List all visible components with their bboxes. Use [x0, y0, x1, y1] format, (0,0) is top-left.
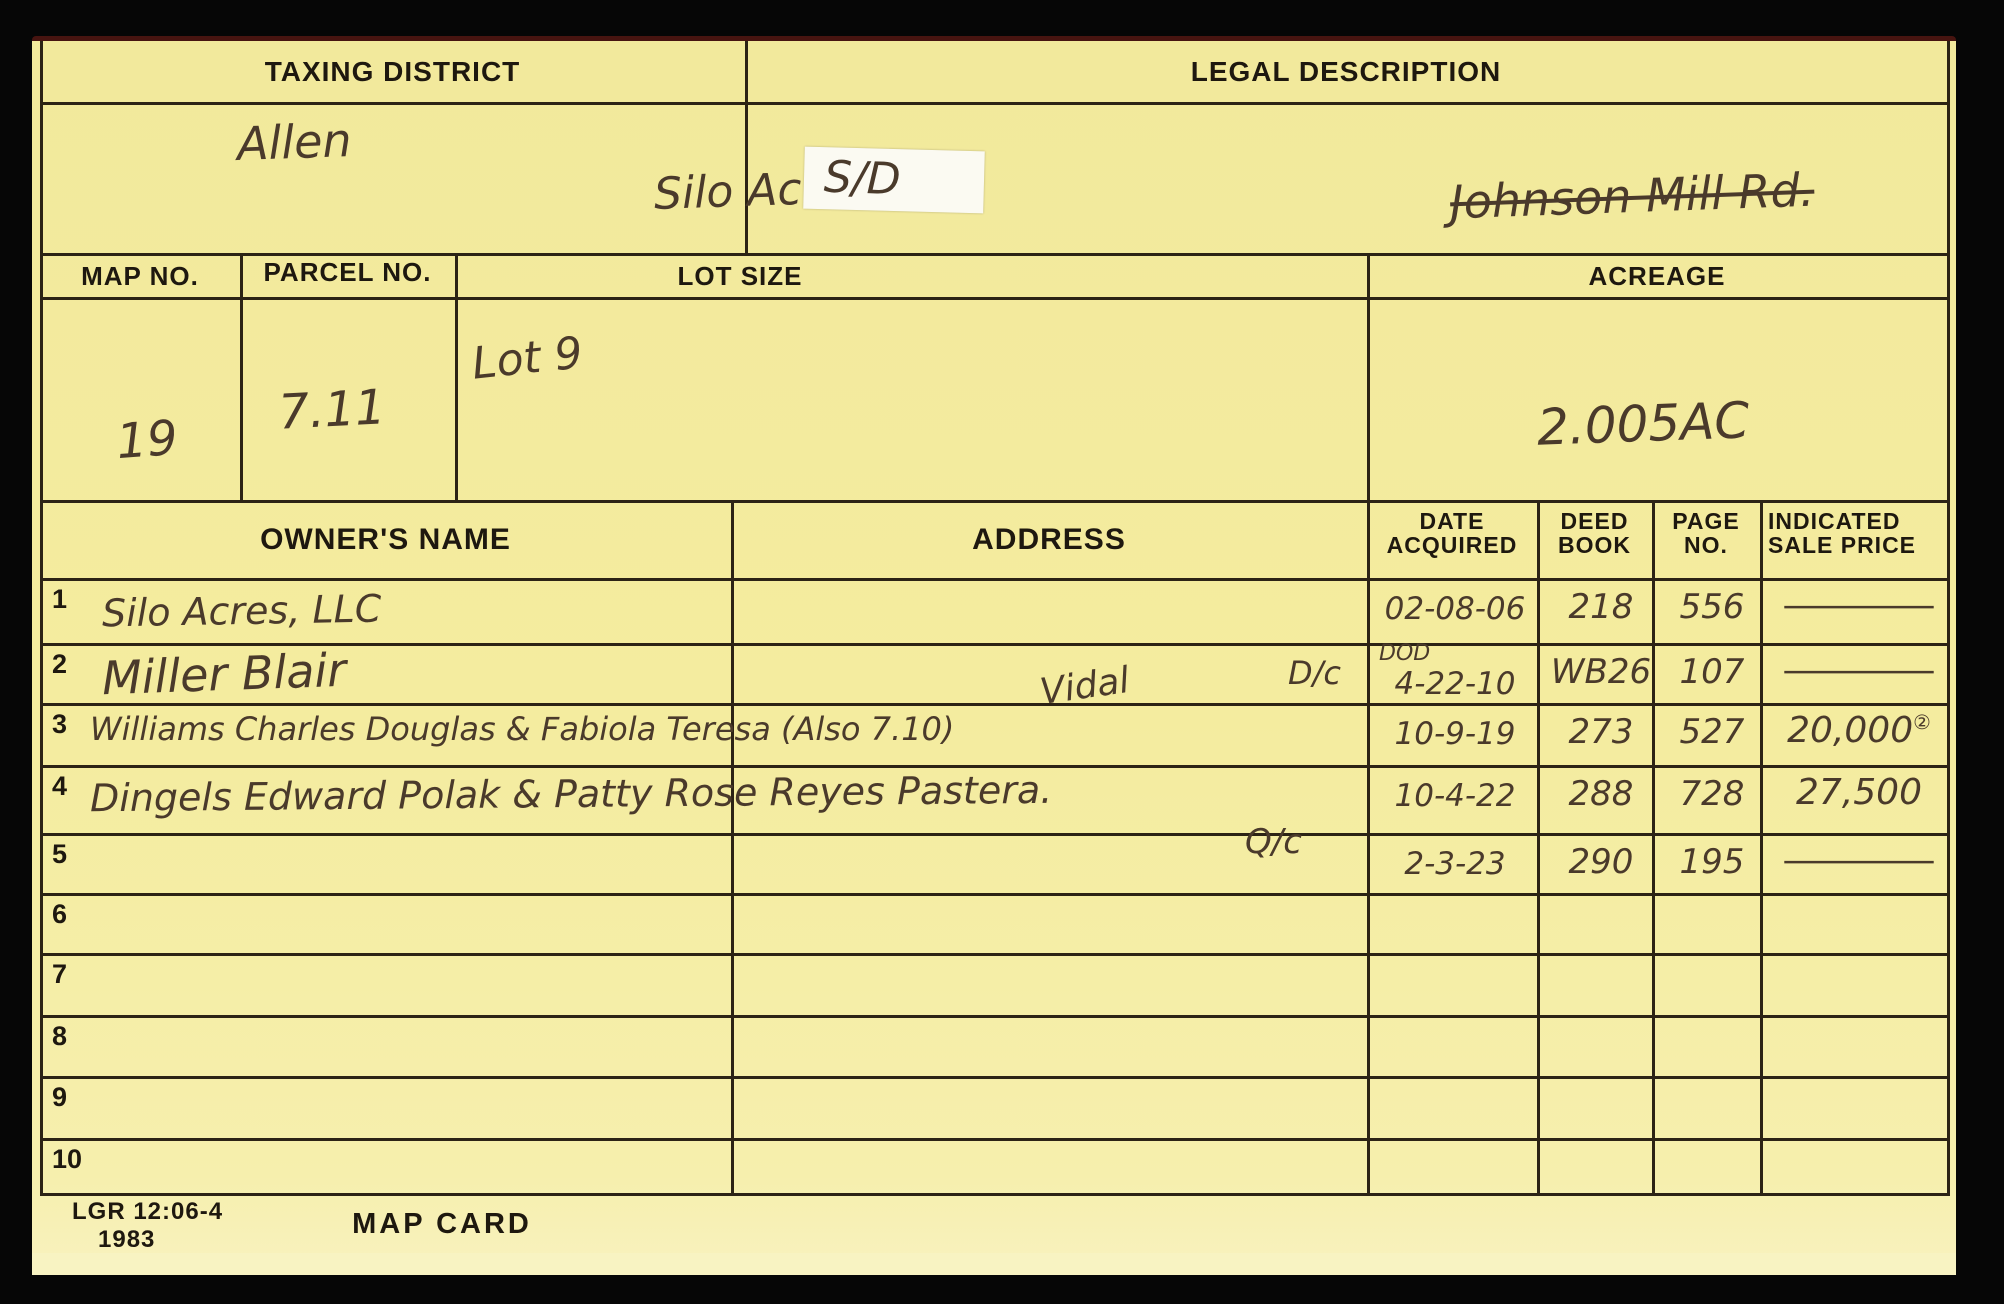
date-acquired-value: 4-22-10	[1371, 669, 1539, 700]
page-no-value: 556	[1660, 590, 1764, 624]
page-no-value: 195	[1660, 845, 1764, 879]
taxing-district-label: TAXING DISTRICT	[40, 57, 745, 86]
owner-name-value: Dingels Edward Polak & Patty Rose Reyes …	[90, 771, 1053, 817]
row-number: 3	[52, 709, 67, 740]
price-header-line2: SALE PRICE	[1768, 532, 1916, 558]
grid-line	[40, 253, 1950, 256]
page-no-value: 107	[1660, 655, 1764, 689]
grid-line	[40, 1193, 1950, 1196]
deed-book-value: 290	[1545, 845, 1657, 879]
date-acquired-value: 02-08-06	[1371, 594, 1539, 625]
table-row: 2Miller BlairDOD4-22-10WB26107—VidalD/c	[40, 643, 1950, 703]
page-header-line2: NO.	[1684, 532, 1728, 558]
price-header-line1: INDICATED	[1768, 508, 1901, 534]
sale-price-value: 20,000②	[1768, 713, 1950, 749]
date-acquired-value: 2-3-23	[1371, 849, 1539, 880]
row-number: 9	[52, 1082, 67, 1113]
table-row: 3Williams Charles Douglas & Fabiola Tere…	[40, 703, 1950, 765]
parcel-no-value: 7.11	[256, 382, 408, 438]
map-no-value: 19	[85, 412, 208, 468]
address-header: ADDRESS	[731, 524, 1367, 556]
taxing-district-value: Allen	[236, 117, 352, 167]
grid-line	[40, 102, 1950, 105]
date-acquired-value: 10-4-22	[1371, 781, 1539, 812]
grid-line	[40, 500, 1950, 503]
card-title: MAP CARD	[332, 1209, 552, 1239]
row-number: 8	[52, 1021, 67, 1052]
row-number: 4	[52, 771, 67, 802]
legal-description-label: LEGAL DESCRIPTION	[745, 57, 1947, 86]
table-row: 9	[40, 1076, 1950, 1138]
legal-description-struck-value: Johnson Mill Rd.	[1449, 167, 1815, 226]
row-number: 6	[52, 899, 67, 930]
table-row: 7	[40, 953, 1950, 1015]
deed-book-value: WB26	[1545, 655, 1657, 689]
form-code: LGR 12:06-4	[72, 1199, 302, 1224]
deed-book-header: DEED BOOK	[1537, 509, 1652, 557]
grid-line	[240, 253, 243, 500]
row-number: 5	[52, 839, 67, 870]
page-no-value: 728	[1660, 777, 1764, 811]
acreage-label: ACREAGE	[1367, 263, 1947, 290]
paper-edge	[32, 1253, 1956, 1275]
table-row: 6	[40, 893, 1950, 953]
table-row: 4Dingels Edward Polak & Patty Rose Reyes…	[40, 765, 1950, 833]
map-no-label: MAP NO.	[40, 263, 240, 290]
form-year: 1983	[98, 1227, 218, 1252]
row-number: 10	[52, 1144, 82, 1175]
legal-description-taped-value: S/D	[823, 156, 901, 203]
margin-annotation: D/c	[1288, 657, 1341, 689]
sale-price-text: 27,500	[1796, 772, 1922, 813]
owner-name-value: Williams Charles Douglas & Fabiola Teres…	[90, 713, 954, 745]
row-number: 1	[52, 584, 67, 615]
table-row: 1Silo Acres, LLC02-08-06218556—	[40, 578, 1950, 643]
page-no-header: PAGE NO.	[1652, 509, 1760, 557]
date-header-line1: DATE	[1420, 508, 1485, 534]
date-acquired-value: 10-9-19	[1371, 719, 1539, 750]
date-acquired-header: DATE ACQUIRED	[1367, 509, 1537, 557]
indicated-sale-price-header: INDICATED SALE PRICE	[1760, 509, 1955, 557]
date-header-line2: ACQUIRED	[1387, 532, 1518, 558]
sale-price-text: —	[1776, 843, 1942, 879]
tax-map-card: TAXING DISTRICT Allen LEGAL DESCRIPTION …	[32, 36, 1956, 1275]
margin-annotation: Q/c	[1245, 825, 1302, 859]
deed-header-line1: DEED	[1561, 508, 1629, 534]
page-header-line1: PAGE	[1672, 508, 1739, 534]
row-number: 7	[52, 959, 67, 990]
owners-name-header: OWNER'S NAME	[40, 524, 731, 556]
owner-name-value: Silo Acres, LLC	[102, 590, 382, 633]
sale-price-value: —	[1768, 588, 1950, 624]
scanned-map-card-page: TAXING DISTRICT Allen LEGAL DESCRIPTION …	[0, 0, 2004, 1304]
deed-header-line2: BOOK	[1558, 532, 1631, 558]
sale-price-value: —	[1768, 843, 1950, 879]
deed-book-value: 273	[1545, 715, 1657, 749]
grid-line	[40, 297, 1950, 300]
page-no-value: 527	[1660, 715, 1764, 749]
owner-name-value: Miller Blair	[101, 647, 347, 701]
lot-size-value: Lot 9	[470, 331, 585, 386]
sale-price-text: 20,000	[1787, 710, 1913, 751]
deed-book-value: 288	[1545, 777, 1657, 811]
sale-price-value: 27,500	[1768, 775, 1950, 811]
deed-book-value: 218	[1545, 590, 1657, 624]
table-row: 10	[40, 1138, 1950, 1193]
sale-price-text: —	[1776, 588, 1942, 624]
sale-price-value: —	[1768, 653, 1950, 689]
sale-price-footnote: ②	[1913, 711, 1931, 734]
acreage-value: 2.005AC	[1536, 395, 1750, 452]
lot-size-label: LOT SIZE	[455, 263, 1025, 290]
sale-price-text: —	[1776, 653, 1942, 689]
parcel-no-label: PARCEL NO.	[240, 259, 455, 286]
date-note-value: DOD	[1371, 643, 1539, 665]
row-number: 2	[52, 649, 67, 680]
table-row: 52-3-23290195—Q/c	[40, 833, 1950, 893]
table-row: 8	[40, 1015, 1950, 1076]
